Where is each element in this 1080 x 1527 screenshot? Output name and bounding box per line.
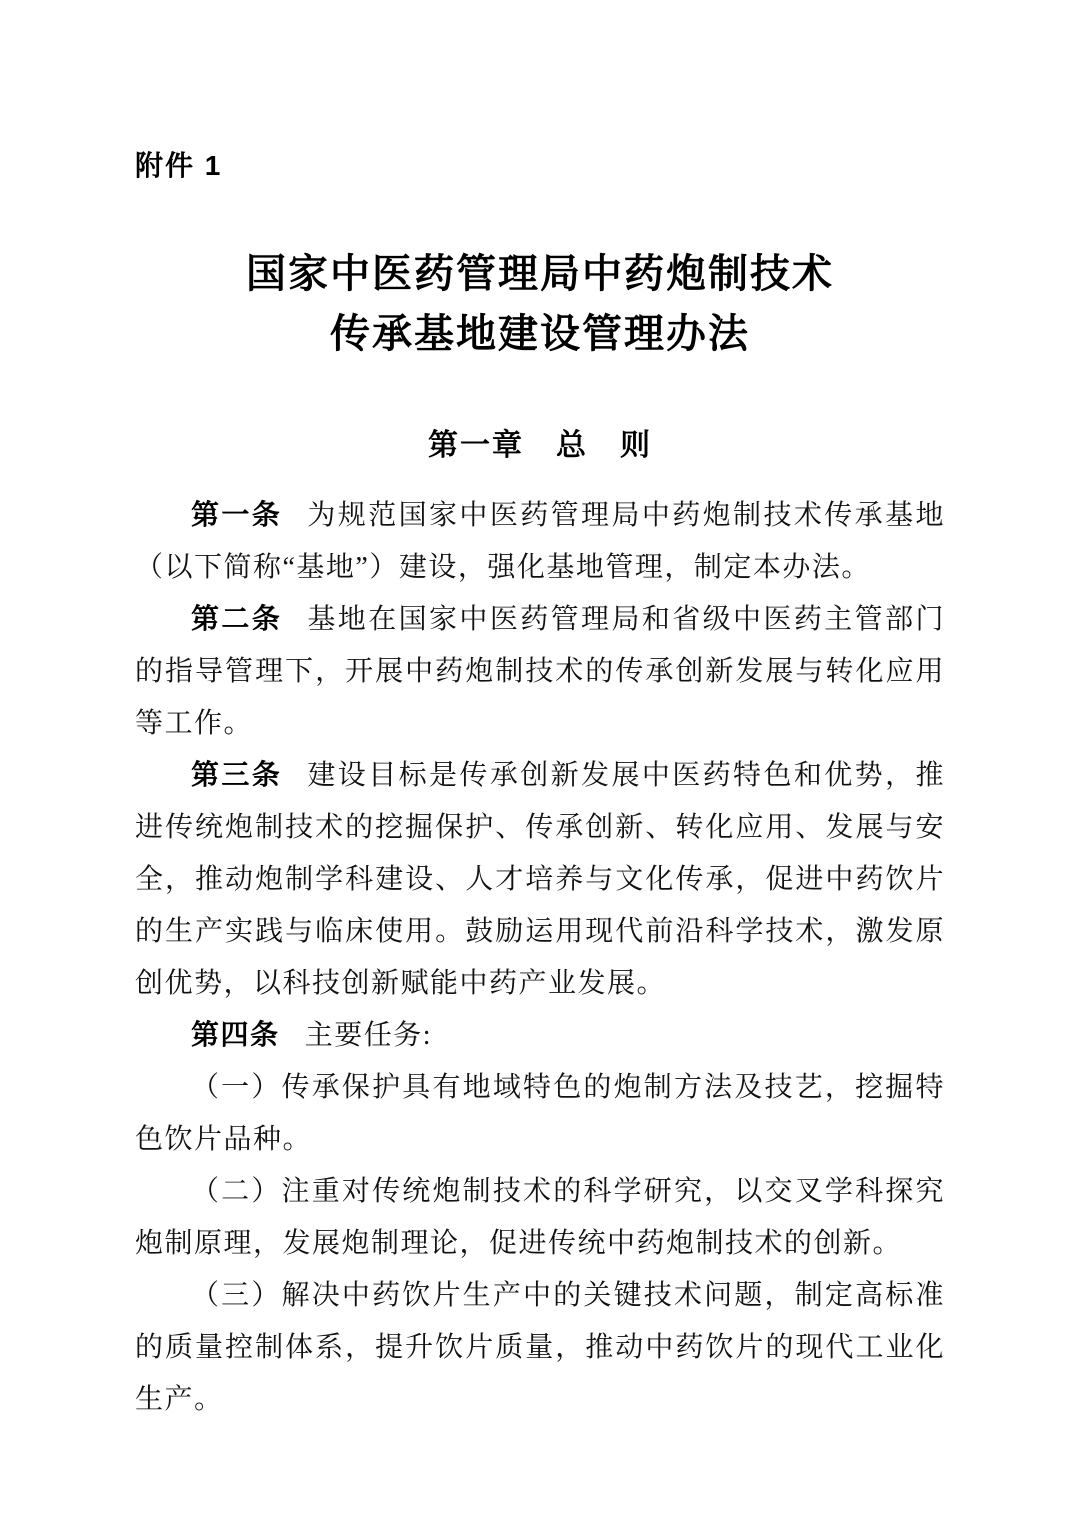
article-2-paragraph: 第二条基地在国家中医药管理局和省级中医药主管部门的指导管理下，开展中药炮制技术的…	[135, 594, 945, 750]
document-title-line-1: 国家中医药管理局中药炮制技术	[135, 244, 945, 304]
task-item-2-text: （二）注重对传统炮制技术的科学研究，以交叉学科探究炮制原理，发展炮制理论，促进传…	[135, 1176, 945, 1259]
article-4-paragraph: 第四条主要任务:	[135, 1010, 945, 1062]
attachment-label: 附件 1	[135, 150, 945, 182]
document-title: 国家中医药管理局中药炮制技术 传承基地建设管理办法	[135, 244, 945, 364]
task-item-1-paragraph: （一）传承保护具有地域特色的炮制方法及技艺，挖掘特色饮片品种。	[135, 1062, 945, 1166]
task-item-2-paragraph: （二）注重对传统炮制技术的科学研究，以交叉学科探究炮制原理，发展炮制理论，促进传…	[135, 1166, 945, 1270]
article-3-paragraph: 第三条建设目标是传承创新发展中医药特色和优势，推进传统炮制技术的挖掘保护、传承创…	[135, 750, 945, 1010]
document-body: 第一条为规范国家中医药管理局中药炮制技术传承基地（以下简称“基地”）建设，强化基…	[135, 490, 945, 1426]
task-item-3-text: （三）解决中药饮片生产中的关键技术问题，制定高标准的质量控制体系，提升饮片质量，…	[135, 1280, 945, 1415]
task-item-3-paragraph: （三）解决中药饮片生产中的关键技术问题，制定高标准的质量控制体系，提升饮片质量，…	[135, 1270, 945, 1426]
article-1-paragraph: 第一条为规范国家中医药管理局中药炮制技术传承基地（以下简称“基地”）建设，强化基…	[135, 490, 945, 594]
article-1-lead: 第一条	[191, 500, 282, 531]
article-4-lead: 第四条	[191, 1020, 280, 1051]
article-3-text: 建设目标是传承创新发展中医药特色和优势，推进传统炮制技术的挖掘保护、传承创新、转…	[135, 760, 945, 999]
document-title-line-2: 传承基地建设管理办法	[135, 304, 945, 364]
article-2-lead: 第二条	[191, 604, 282, 635]
chapter-heading: 第一章 总 则	[135, 428, 945, 464]
task-item-1-text: （一）传承保护具有地域特色的炮制方法及技艺，挖掘特色饮片品种。	[135, 1072, 945, 1155]
document-page: 附件 1 国家中医药管理局中药炮制技术 传承基地建设管理办法 第一章 总 则 第…	[0, 0, 1080, 1527]
article-4-text: 主要任务:	[305, 1020, 432, 1051]
article-3-lead: 第三条	[191, 760, 282, 791]
